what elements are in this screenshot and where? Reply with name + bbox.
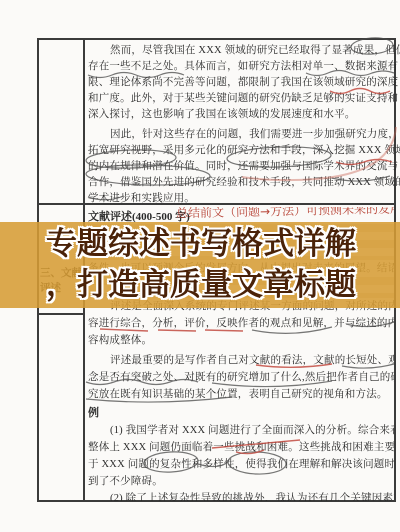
paragraph-line: 究放在既有知识基础的某个位置，表明自己研究的视角和方法。 bbox=[88, 386, 394, 403]
red-handwriting-note: 总结前文（问题→方法）可预测未来的发展 bbox=[176, 207, 394, 222]
side-column-divider bbox=[37, 313, 85, 315]
paragraph-line: 容构成整体。 bbox=[88, 332, 394, 349]
table-row-1-content: 然而，尽管我国在 XXX 领域的研究已经取得了显著成果，但仍 存在一些不足之处。… bbox=[88, 43, 394, 207]
paragraph-line: 和广度。此外，对于某些关键问题的研究仍缺乏足够的实证支持和 bbox=[88, 91, 394, 107]
paragraph-line: 存在一些不足之处。具体而言，如研究方法相对单一、数据来源有 bbox=[88, 59, 394, 75]
paragraph-line: 的内在规律和潜在价值。同时，还需要加强与国际学术界的交流与 bbox=[88, 159, 394, 175]
paragraph-line: 于 XXX 问题的复杂性和多样性，使得我们在理解和解决该问题时遇 bbox=[88, 456, 394, 473]
paragraph-line: 深入探讨，这也影响了我国在该领域的发展速度和水平。 bbox=[88, 107, 394, 123]
banner-title-line1: 专题综述书写格式详解 bbox=[0, 222, 400, 265]
paragraph-line: 因此，针对这些存在的问题，我们需要进一步加强研究力度， bbox=[88, 127, 394, 143]
example-heading: 例 bbox=[88, 405, 394, 422]
paragraph-line: 整体上 XXX 问题仍面临着一些挑战和困难。这些挑战和困难主要源 bbox=[88, 439, 394, 456]
paragraph-line: 念是否有突破之处、对既有的研究增加了什么,然后把作者自己的研 bbox=[88, 369, 394, 386]
banner-title-line2: ，打造高质量文章标题 bbox=[0, 265, 400, 306]
paragraph-line: 合作，借鉴国外先进的研究经验和技术手段，共同推动 XXX 领域的 bbox=[88, 175, 394, 191]
paragraph-line: (2) 除了上述复杂性导致的挑战外，我认为还有几个关键因素加 bbox=[88, 490, 394, 501]
paragraph-line: 评述最重要的是写作者自己对文献的看法，文献的长短处、观 bbox=[88, 352, 394, 369]
title-overlay-banner: 专题综述书写格式详解 ，打造高质量文章标题 bbox=[0, 222, 400, 308]
paragraph-line: 然而，尽管我国在 XXX 领域的研究已经取得了显著成果，但仍 bbox=[88, 43, 394, 59]
paragraph-line: 容进行综合，分析，评价，反映作者的观点和见解，并与综述的内 bbox=[88, 315, 394, 332]
paragraph-line: (1) 我国学者对 XXX 问题进行了全面而深入的分析。综合来看， bbox=[88, 422, 394, 439]
paragraph-line: 限、理论体系尚不完善等问题，都限制了我国在该领域研究的深度 bbox=[88, 75, 394, 91]
document-photo: 三、文献 评述 然而，尽管我国在 XXX 领域的研究已经取得了显著成果，但仍 存… bbox=[0, 0, 400, 532]
paragraph-line: 到了不少障碍。 bbox=[88, 473, 394, 490]
paragraph-line: 拓宽研究视野，采用多元化的研究方法和手段，深入挖掘 XXX 领域 bbox=[88, 143, 394, 159]
paragraph-line: 学术进步和实践应用。 bbox=[88, 191, 394, 207]
